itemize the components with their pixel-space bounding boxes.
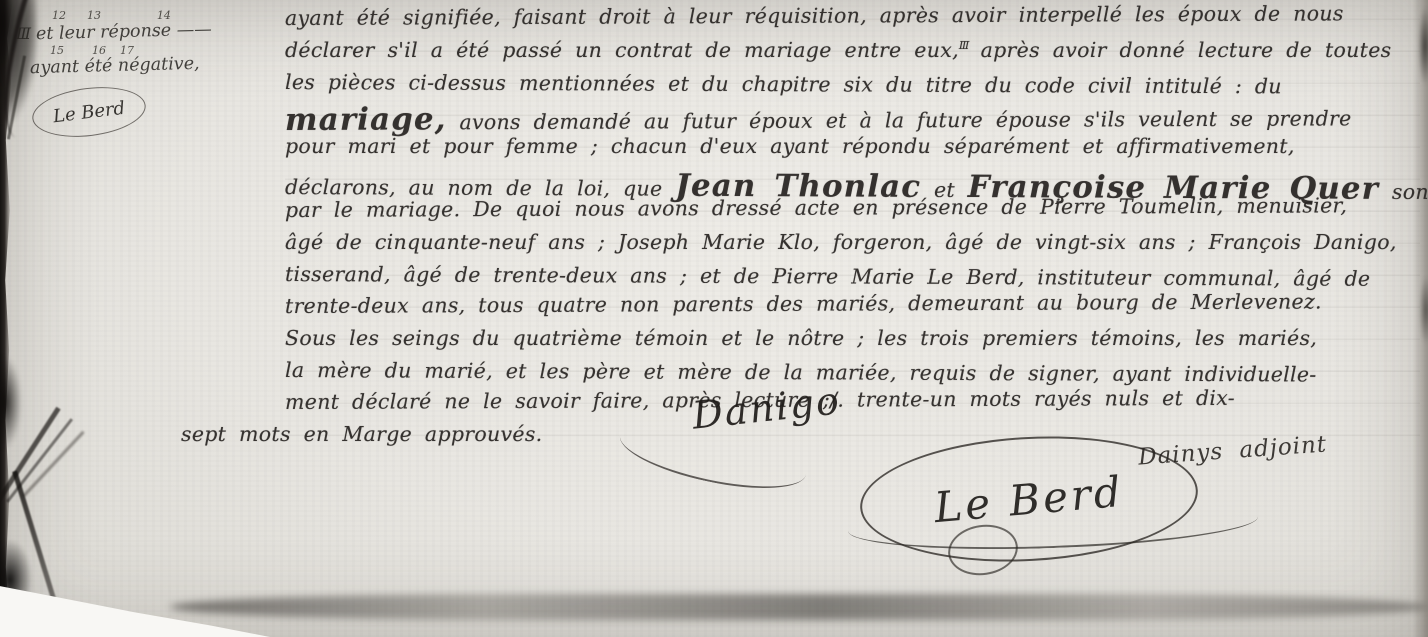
line-text: après avoir donné lecture de toutes: [968, 38, 1392, 62]
emphasized-word: mariage,: [285, 101, 447, 138]
margin-note-line-1: et leur réponse ——: [36, 20, 212, 45]
right-edge-ink-mark: [1419, 275, 1428, 345]
line-text: trente-deux ans, tous quatre non parents…: [285, 289, 1322, 318]
scanned-register-page: III 12 13 14 et leur réponse —— 15 16 17…: [0, 0, 1428, 637]
line-text: tisserand, âgé de trente-deux ans ; et d…: [285, 262, 1370, 291]
renvoi-inline-mark: III: [959, 39, 968, 52]
line-text: pour mari et pour femme ; chacun d'eux a…: [285, 134, 1295, 158]
manuscript-line: Sous les seings du quatrième témoin et l…: [285, 326, 1317, 350]
line-text: ayant été signifiée, faisant droit à leu…: [285, 1, 1344, 30]
page-bottom-edge-shadow: [170, 594, 1428, 620]
manuscript-line: pour mari et pour femme ; chacun d'eux a…: [285, 134, 1295, 158]
manuscript-line: sept mots en Marge approuvés.: [181, 422, 542, 446]
manuscript-line: âgé de cinquante-neuf ans ; Joseph Marie…: [285, 230, 1397, 254]
renvoi-reference-mark: III: [16, 24, 29, 43]
renvoi-word-numbers-top: 12 13 14: [52, 9, 171, 22]
manuscript-line: par le mariage. De quoi nous avons dress…: [285, 193, 1347, 222]
binding-ink-blob-middle: [0, 355, 22, 450]
margin-note-line-2: ayant été négative,: [30, 54, 200, 78]
margin-signature-le-berd: Le Berd: [30, 81, 149, 143]
line-text: déclarer s'il a été passé un contrat de …: [285, 38, 959, 62]
margin-annotation: III 12 13 14 et leur réponse —— 15 16 17…: [0, 0, 265, 200]
line-text: les pièces ci-dessus mentionnées et du c…: [285, 70, 1282, 98]
manuscript-line: mariage, avons demandé au futur époux et…: [285, 97, 1352, 138]
manuscript-line: trente-deux ans, tous quatre non parents…: [285, 289, 1322, 318]
manuscript-line: déclarer s'il a été passé un contrat de …: [285, 38, 1391, 62]
manuscript-line: les pièces ci-dessus mentionnées et du c…: [285, 70, 1282, 98]
manuscript-line: ayant été signifiée, faisant droit à leu…: [285, 1, 1344, 30]
act-body-text: ayant été signifiée, faisant droit à leu…: [285, 6, 1420, 466]
line-text: par le mariage. De quoi nous avons dress…: [285, 193, 1347, 222]
line-text: sont unis: [1379, 180, 1428, 205]
margin-signature-name: Le Berd: [52, 97, 126, 127]
line-text: âgé de cinquante-neuf ans ; Joseph Marie…: [285, 230, 1397, 254]
line-text: Sous les seings du quatrième témoin et l…: [285, 326, 1317, 350]
manuscript-line: tisserand, âgé de trente-deux ans ; et d…: [285, 262, 1370, 291]
line-text: sept mots en Marge approuvés.: [181, 422, 542, 446]
line-text: avons demandé au futur époux et à la fut…: [447, 106, 1352, 134]
